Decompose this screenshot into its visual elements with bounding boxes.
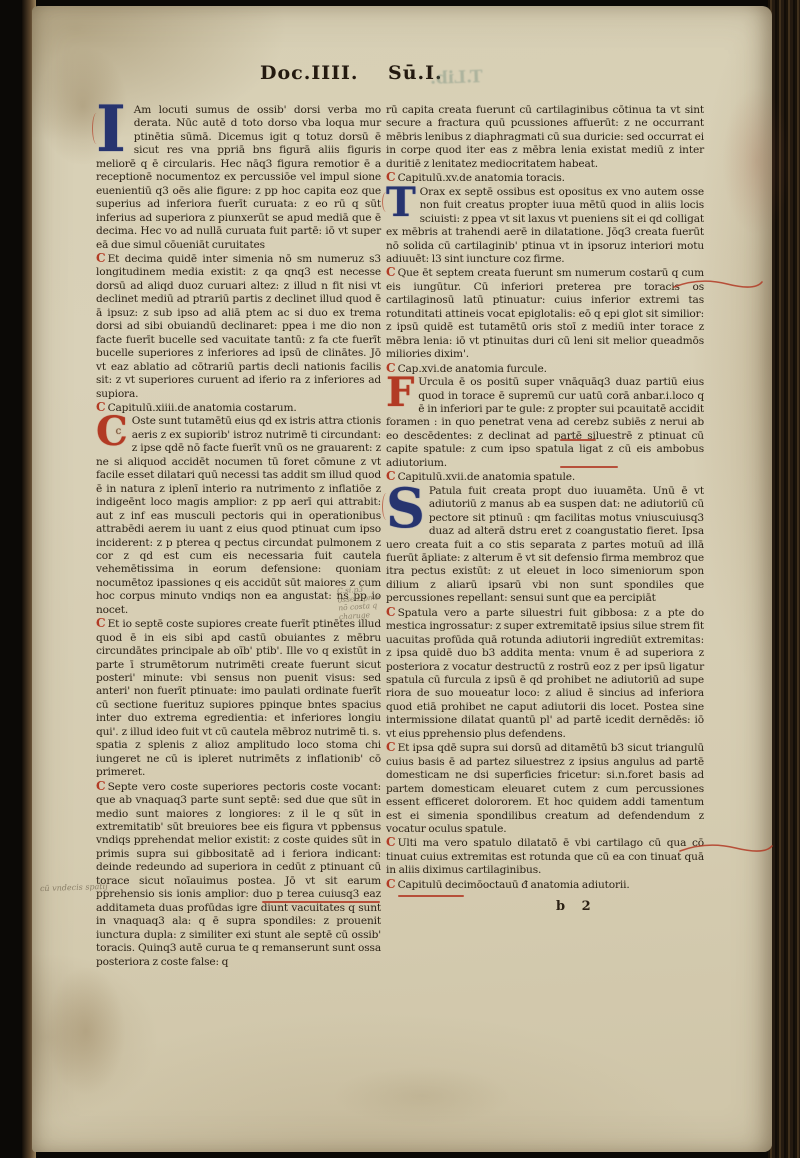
text-paragraph: IAm locuti sumus de ossib' dorsi verba m… [96, 104, 381, 252]
blackletter-body-text: Capitulū decimōoctauū đ anatomia adiutor… [398, 879, 630, 891]
chapter-heading: CCapitulū decimōoctauū đ anatomia adiuto… [386, 878, 704, 892]
blackletter-body-text: Septe vero coste superiores pectoris cos… [96, 781, 381, 968]
rubric-pilcrow-mark: C [96, 616, 108, 630]
text-paragraph: SPatula fuit creata propt duo iuuamēta. … [386, 485, 704, 606]
blackletter-body-text: Ulti ma vero spatulo dilatatō ē vbi cart… [386, 837, 704, 876]
handwritten-gutter-note: C.si.p3 osse z pme nō costa q charuge [337, 585, 381, 622]
red-ink-underline [262, 901, 380, 903]
rubric-pilcrow-mark: C [386, 605, 398, 619]
margin-stain [46, 966, 126, 1096]
text-paragraph: CEt decima quidē inter simenia nō sm num… [96, 252, 381, 401]
ink-bleedthrough-ghost-text: T.Lib. [430, 67, 483, 89]
illuminated-initial-c: Cc [96, 415, 132, 449]
text-paragraph: CQue ēt septem creata fuerunt sm numerum… [386, 266, 704, 361]
chapter-heading: CCapitulū.xiiii.de anatomia costarum. [96, 401, 381, 415]
text-column-right: rū capita creata fuerunt cū cartilaginib… [386, 104, 704, 892]
chapter-heading: CCapitulū.xvii.de anatomia spatule. [386, 470, 704, 484]
illuminated-initial-s: S [386, 485, 429, 530]
text-paragraph: rū capita creata fuerunt cū cartilaginib… [386, 104, 704, 171]
running-header-document-number: Doc.IIII. [260, 62, 359, 84]
text-paragraph: CUlti ma vero spatulo dilatatō ē vbi car… [386, 836, 704, 877]
blackletter-body-text: rū capita creata fuerunt cū cartilaginib… [386, 104, 704, 170]
text-paragraph: CEt io septē coste supiores create fuerī… [96, 617, 381, 779]
rubric-pilcrow-mark: C [386, 877, 398, 891]
foot-stain [332, 1066, 512, 1126]
illuminated-initial-f: F [386, 376, 418, 410]
chapter-heading: CCapitulū.xv.de anatomia toracis. [386, 171, 704, 185]
illuminated-initial-t: T [386, 186, 420, 220]
blackletter-body-text: Urcula ē os positū super vnāquāq3 duaz p… [386, 376, 704, 469]
book-scan: Doc.IIII. Sū.I. T.Lib. IAm locuti sumus … [0, 0, 800, 1158]
blackletter-body-text: Capitulū.xv.de anatomia toracis. [398, 172, 565, 184]
fore-edge-page-stack [768, 0, 800, 1158]
blackletter-body-text: Capitulū.xiiii.de anatomia costarum. [108, 402, 297, 414]
rubric-pilcrow-mark: C [96, 251, 108, 265]
red-ink-underline [398, 895, 464, 897]
blackletter-body-text: Cap.xvi.de anatomia furcule. [398, 363, 547, 375]
blackletter-body-text: Am locuti sumus de ossib' dorsi verba mo… [96, 104, 381, 251]
chapter-heading: CCap.xvi.de anatomia furcule. [386, 362, 704, 376]
text-paragraph: TOrax ex septē ossibus est opositus ex v… [386, 186, 704, 267]
blackletter-body-text: Orax ex septē ossibus est opositus ex vn… [386, 186, 704, 265]
red-ink-underline [560, 439, 596, 441]
text-paragraph: FUrcula ē os positū super vnāquāq3 duaz … [386, 376, 704, 470]
text-paragraph: CSpatula vero a parte siluestri fuit gib… [386, 606, 704, 742]
rubric-pilcrow-mark: C [386, 835, 398, 849]
text-paragraph: CEt ipsa qdē supra sui dorsū ad ditamētū… [386, 741, 704, 836]
red-ink-underline [560, 466, 618, 468]
blackletter-body-text: Spatula vero a parte siluestri fuit gibb… [386, 607, 704, 740]
blackletter-body-text: Patula fuit creata propt duo iuuamēta. U… [386, 485, 704, 605]
parchment-page: Doc.IIII. Sū.I. T.Lib. IAm locuti sumus … [32, 6, 772, 1152]
text-paragraph: CSepte vero coste superiores pectoris co… [96, 780, 381, 969]
rubric-pilcrow-mark: C [96, 779, 108, 793]
blackletter-body-text: Et io septē coste supiores create fuerīt… [96, 618, 381, 778]
rubric-pilcrow-mark: C [386, 265, 398, 279]
text-column-left: IAm locuti sumus de ossib' dorsi verba m… [96, 104, 381, 969]
blackletter-body-text: Que ēt septem creata fuerunt sm numerum … [386, 267, 704, 360]
quire-signature-mark: b 2 [556, 899, 597, 914]
blackletter-body-text: Et decima quidē inter simenia nō sm nume… [96, 253, 381, 400]
blackletter-body-text: Et ipsa qdē supra sui dorsū ad ditamētū … [386, 742, 704, 835]
rubric-pilcrow-mark: C [386, 740, 398, 754]
illuminated-initial-i: I [96, 104, 134, 155]
initial-guide-letter: c [116, 428, 121, 436]
